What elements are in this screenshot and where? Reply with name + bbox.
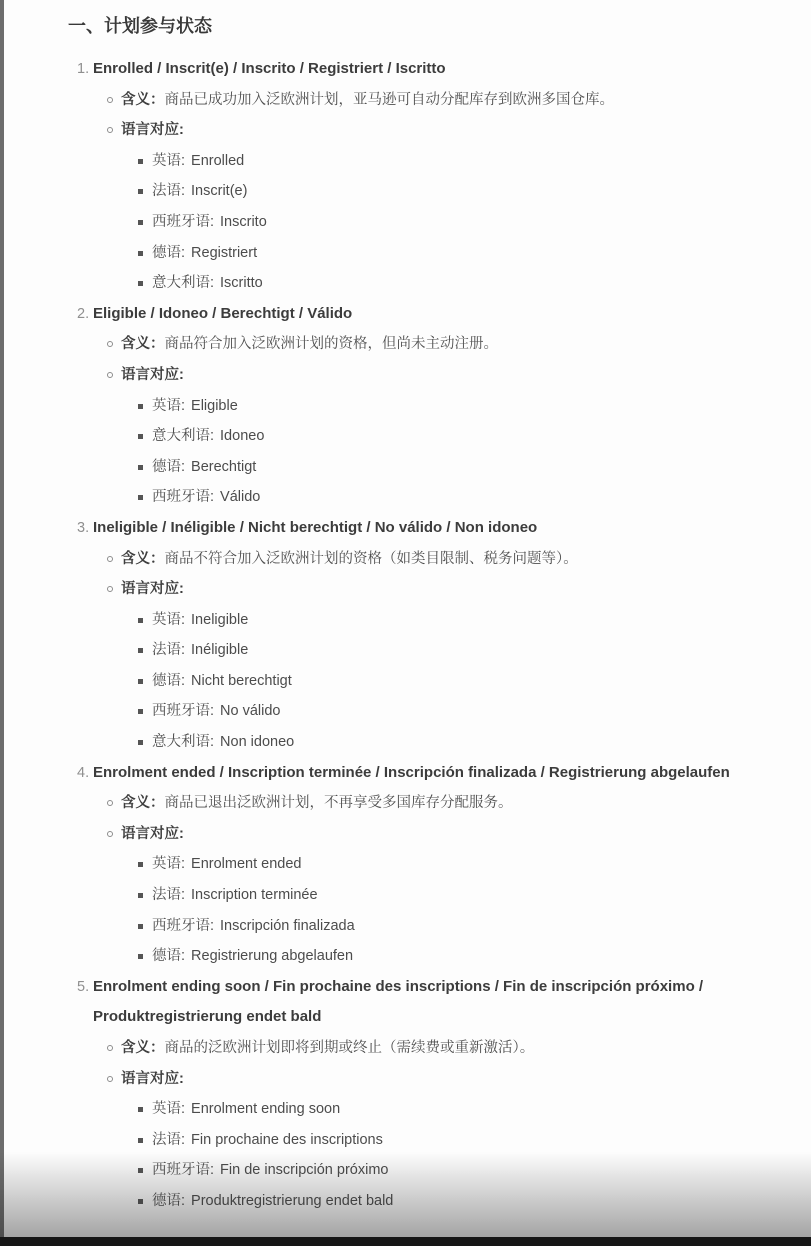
- square-bullet-icon: [138, 495, 143, 500]
- languages-label: 语言对应:: [121, 122, 184, 138]
- language-row: 法语: Inscription terminée: [138, 880, 811, 911]
- item-title: Enrolment ended / Inscription terminée /…: [93, 758, 730, 789]
- square-bullet-icon: [138, 648, 143, 653]
- square-bullet-icon: [138, 709, 143, 714]
- language-name: 英语:: [152, 605, 185, 636]
- language-row: 意大利语: Idoneo: [138, 421, 811, 452]
- item-number: 2.: [77, 299, 93, 330]
- language-name: 德语:: [152, 452, 185, 483]
- circle-bullet-icon: [107, 831, 113, 837]
- meaning-text: 商品符合加入泛欧洲计划的资格，但尚未主动注册。: [165, 336, 499, 352]
- square-bullet-icon: [138, 740, 143, 745]
- list-item: 5. Enrolment ending soon / Fin prochaine…: [0, 972, 811, 1217]
- circle-bullet-icon: [107, 341, 113, 347]
- language-row: 德语: Berechtigt: [138, 452, 811, 483]
- language-value: Eligible: [191, 391, 238, 422]
- language-name: 西班牙语:: [152, 696, 214, 727]
- meaning-label: 含义：: [121, 92, 165, 108]
- language-row: 英语: Enrolment ended: [138, 849, 811, 880]
- language-row: 西班牙语: Válido: [138, 482, 811, 513]
- language-name: 英语:: [152, 146, 185, 177]
- list-item: 1. Enrolled / Inscrit(e) / Inscrito / Re…: [0, 54, 811, 299]
- languages-row: 语言对应:: [107, 819, 811, 850]
- language-row: 德语: Registriert: [138, 238, 811, 269]
- language-value: Berechtigt: [191, 452, 256, 483]
- language-value: Fin de inscripción próximo: [220, 1155, 388, 1186]
- item-heading: 1. Enrolled / Inscrit(e) / Inscrito / Re…: [77, 54, 811, 85]
- meaning-label: 含义：: [121, 795, 165, 811]
- language-value: Enrolment ending soon: [191, 1094, 340, 1125]
- square-bullet-icon: [138, 281, 143, 286]
- language-name: 法语:: [152, 1125, 185, 1156]
- language-value: Fin prochaine des inscriptions: [191, 1125, 383, 1156]
- square-bullet-icon: [138, 924, 143, 929]
- left-edge-strip: [0, 0, 4, 1246]
- language-value: Non idoneo: [220, 727, 294, 758]
- languages-label: 语言对应:: [121, 1071, 184, 1087]
- square-bullet-icon: [138, 1199, 143, 1204]
- language-value: Enrolled: [191, 146, 244, 177]
- language-row: 英语: Eligible: [138, 391, 811, 422]
- meaning-row: 含义：商品已成功加入泛欧洲计划，亚马逊可自动分配库存到欧洲多国仓库。: [107, 85, 811, 116]
- circle-bullet-icon: [107, 556, 113, 562]
- square-bullet-icon: [138, 404, 143, 409]
- language-row: 西班牙语: Inscrito: [138, 207, 811, 238]
- meaning-row: 含义：商品已退出泛欧洲计划，不再享受多国库存分配服务。: [107, 788, 811, 819]
- language-value: Válido: [220, 482, 260, 513]
- list-item: 2. Eligible / Idoneo / Berechtigt / Váli…: [0, 299, 811, 513]
- item-number: 1.: [77, 54, 93, 85]
- meaning-text: 商品不符合加入泛欧洲计划的资格（如类目限制、税务问题等）。: [165, 551, 578, 567]
- section-title: 一、计划参与状态: [68, 13, 811, 40]
- language-name: 法语:: [152, 635, 185, 666]
- language-row: 法语: Inscrit(e): [138, 176, 811, 207]
- language-name: 法语:: [152, 176, 185, 207]
- list-item: 4. Enrolment ended / Inscription terminé…: [0, 758, 811, 972]
- language-row: 法语: Inéligible: [138, 635, 811, 666]
- bottom-black-bar: [0, 1237, 811, 1246]
- language-row: 意大利语: Non idoneo: [138, 727, 811, 758]
- language-value: Iscritto: [220, 268, 263, 299]
- language-name: 意大利语:: [152, 421, 214, 452]
- language-value: Inéligible: [191, 635, 248, 666]
- square-bullet-icon: [138, 618, 143, 623]
- square-bullet-icon: [138, 251, 143, 256]
- circle-bullet-icon: [107, 97, 113, 103]
- circle-bullet-icon: [107, 1076, 113, 1082]
- meaning-label: 含义：: [121, 1040, 165, 1056]
- language-name: 德语:: [152, 941, 185, 972]
- language-name: 西班牙语:: [152, 482, 214, 513]
- square-bullet-icon: [138, 954, 143, 959]
- square-bullet-icon: [138, 1138, 143, 1143]
- meaning-row: 含义：商品符合加入泛欧洲计划的资格，但尚未主动注册。: [107, 329, 811, 360]
- language-value: Enrolment ended: [191, 849, 301, 880]
- language-name: 法语:: [152, 880, 185, 911]
- square-bullet-icon: [138, 1168, 143, 1173]
- language-list: 英语: Enrolled 法语: Inscrit(e) 西班牙语: Inscri…: [0, 146, 811, 299]
- language-name: 英语:: [152, 849, 185, 880]
- status-list: 1. Enrolled / Inscrit(e) / Inscrito / Re…: [0, 54, 811, 1217]
- language-name: 英语:: [152, 391, 185, 422]
- meaning-row: 含义：商品不符合加入泛欧洲计划的资格（如类目限制、税务问题等）。: [107, 544, 811, 575]
- language-name: 意大利语:: [152, 268, 214, 299]
- square-bullet-icon: [138, 862, 143, 867]
- languages-label: 语言对应:: [121, 581, 184, 597]
- square-bullet-icon: [138, 679, 143, 684]
- languages-row: 语言对应:: [107, 360, 811, 391]
- item-title: Enrolment ending soon / Fin prochaine de…: [93, 972, 733, 1033]
- square-bullet-icon: [138, 220, 143, 225]
- language-name: 西班牙语:: [152, 207, 214, 238]
- language-value: Inscription terminée: [191, 880, 318, 911]
- language-list: 英语: Ineligible 法语: Inéligible 德语: Nicht …: [0, 605, 811, 758]
- language-row: 英语: Enrolment ending soon: [138, 1094, 811, 1125]
- language-value: No válido: [220, 696, 280, 727]
- language-value: Ineligible: [191, 605, 248, 636]
- language-value: Produktregistrierung endet bald: [191, 1186, 393, 1217]
- language-row: 西班牙语: No válido: [138, 696, 811, 727]
- list-item: 3. Ineligible / Inéligible / Nicht berec…: [0, 513, 811, 758]
- language-value: Idoneo: [220, 421, 264, 452]
- circle-bullet-icon: [107, 1045, 113, 1051]
- language-row: 英语: Enrolled: [138, 146, 811, 177]
- language-name: 英语:: [152, 1094, 185, 1125]
- language-list: 英语: Enrolment ending soon 法语: Fin procha…: [0, 1094, 811, 1216]
- item-number: 3.: [77, 513, 93, 544]
- language-value: Inscrito: [220, 207, 267, 238]
- language-row: 法语: Fin prochaine des inscriptions: [138, 1125, 811, 1156]
- language-row: 德语: Produktregistrierung endet bald: [138, 1186, 811, 1217]
- language-name: 德语:: [152, 238, 185, 269]
- item-heading: 3. Ineligible / Inéligible / Nicht berec…: [77, 513, 811, 544]
- language-name: 西班牙语:: [152, 1155, 214, 1186]
- circle-bullet-icon: [107, 586, 113, 592]
- language-name: 西班牙语:: [152, 911, 214, 942]
- circle-bullet-icon: [107, 800, 113, 806]
- language-row: 西班牙语: Inscripción finalizada: [138, 911, 811, 942]
- circle-bullet-icon: [107, 127, 113, 133]
- square-bullet-icon: [138, 893, 143, 898]
- language-value: Registriert: [191, 238, 257, 269]
- language-value: Nicht berechtigt: [191, 666, 292, 697]
- language-row: 德语: Registrierung abgelaufen: [138, 941, 811, 972]
- square-bullet-icon: [138, 1107, 143, 1112]
- language-list: 英语: Eligible 意大利语: Idoneo 德语: Berechtigt…: [0, 391, 811, 513]
- item-heading: 5. Enrolment ending soon / Fin prochaine…: [77, 972, 811, 1033]
- languages-label: 语言对应:: [121, 826, 184, 842]
- language-name: 意大利语:: [152, 727, 214, 758]
- item-heading: 4. Enrolment ended / Inscription terminé…: [77, 758, 811, 789]
- meaning-label: 含义：: [121, 336, 165, 352]
- meaning-text: 商品的泛欧洲计划即将到期或终止（需续费或重新激活）。: [165, 1040, 535, 1056]
- language-row: 德语: Nicht berechtigt: [138, 666, 811, 697]
- item-title: Enrolled / Inscrit(e) / Inscrito / Regis…: [93, 54, 446, 85]
- meaning-label: 含义：: [121, 551, 165, 567]
- meaning-text: 商品已成功加入泛欧洲计划，亚马逊可自动分配库存到欧洲多国仓库。: [165, 92, 615, 108]
- language-row: 英语: Ineligible: [138, 605, 811, 636]
- language-name: 德语:: [152, 666, 185, 697]
- languages-label: 语言对应:: [121, 367, 184, 383]
- languages-row: 语言对应:: [107, 115, 811, 146]
- meaning-text: 商品已退出泛欧洲计划，不再享受多国库存分配服务。: [165, 795, 513, 811]
- square-bullet-icon: [138, 465, 143, 470]
- language-value: Registrierung abgelaufen: [191, 941, 353, 972]
- square-bullet-icon: [138, 189, 143, 194]
- item-number: 5.: [77, 972, 93, 1033]
- item-heading: 2. Eligible / Idoneo / Berechtigt / Váli…: [77, 299, 811, 330]
- language-row: 西班牙语: Fin de inscripción próximo: [138, 1155, 811, 1186]
- languages-row: 语言对应:: [107, 1064, 811, 1095]
- language-row: 意大利语: Iscritto: [138, 268, 811, 299]
- language-name: 德语:: [152, 1186, 185, 1217]
- circle-bullet-icon: [107, 372, 113, 378]
- language-value: Inscripción finalizada: [220, 911, 355, 942]
- language-list: 英语: Enrolment ended 法语: Inscription term…: [0, 849, 811, 971]
- square-bullet-icon: [138, 159, 143, 164]
- square-bullet-icon: [138, 434, 143, 439]
- languages-row: 语言对应:: [107, 574, 811, 605]
- item-title: Eligible / Idoneo / Berechtigt / Válido: [93, 299, 352, 330]
- meaning-row: 含义：商品的泛欧洲计划即将到期或终止（需续费或重新激活）。: [107, 1033, 811, 1064]
- item-number: 4.: [77, 758, 93, 789]
- content-area: 一、计划参与状态 1. Enrolled / Inscrit(e) / Insc…: [0, 0, 811, 1217]
- item-title: Ineligible / Inéligible / Nicht berechti…: [93, 513, 537, 544]
- language-value: Inscrit(e): [191, 176, 247, 207]
